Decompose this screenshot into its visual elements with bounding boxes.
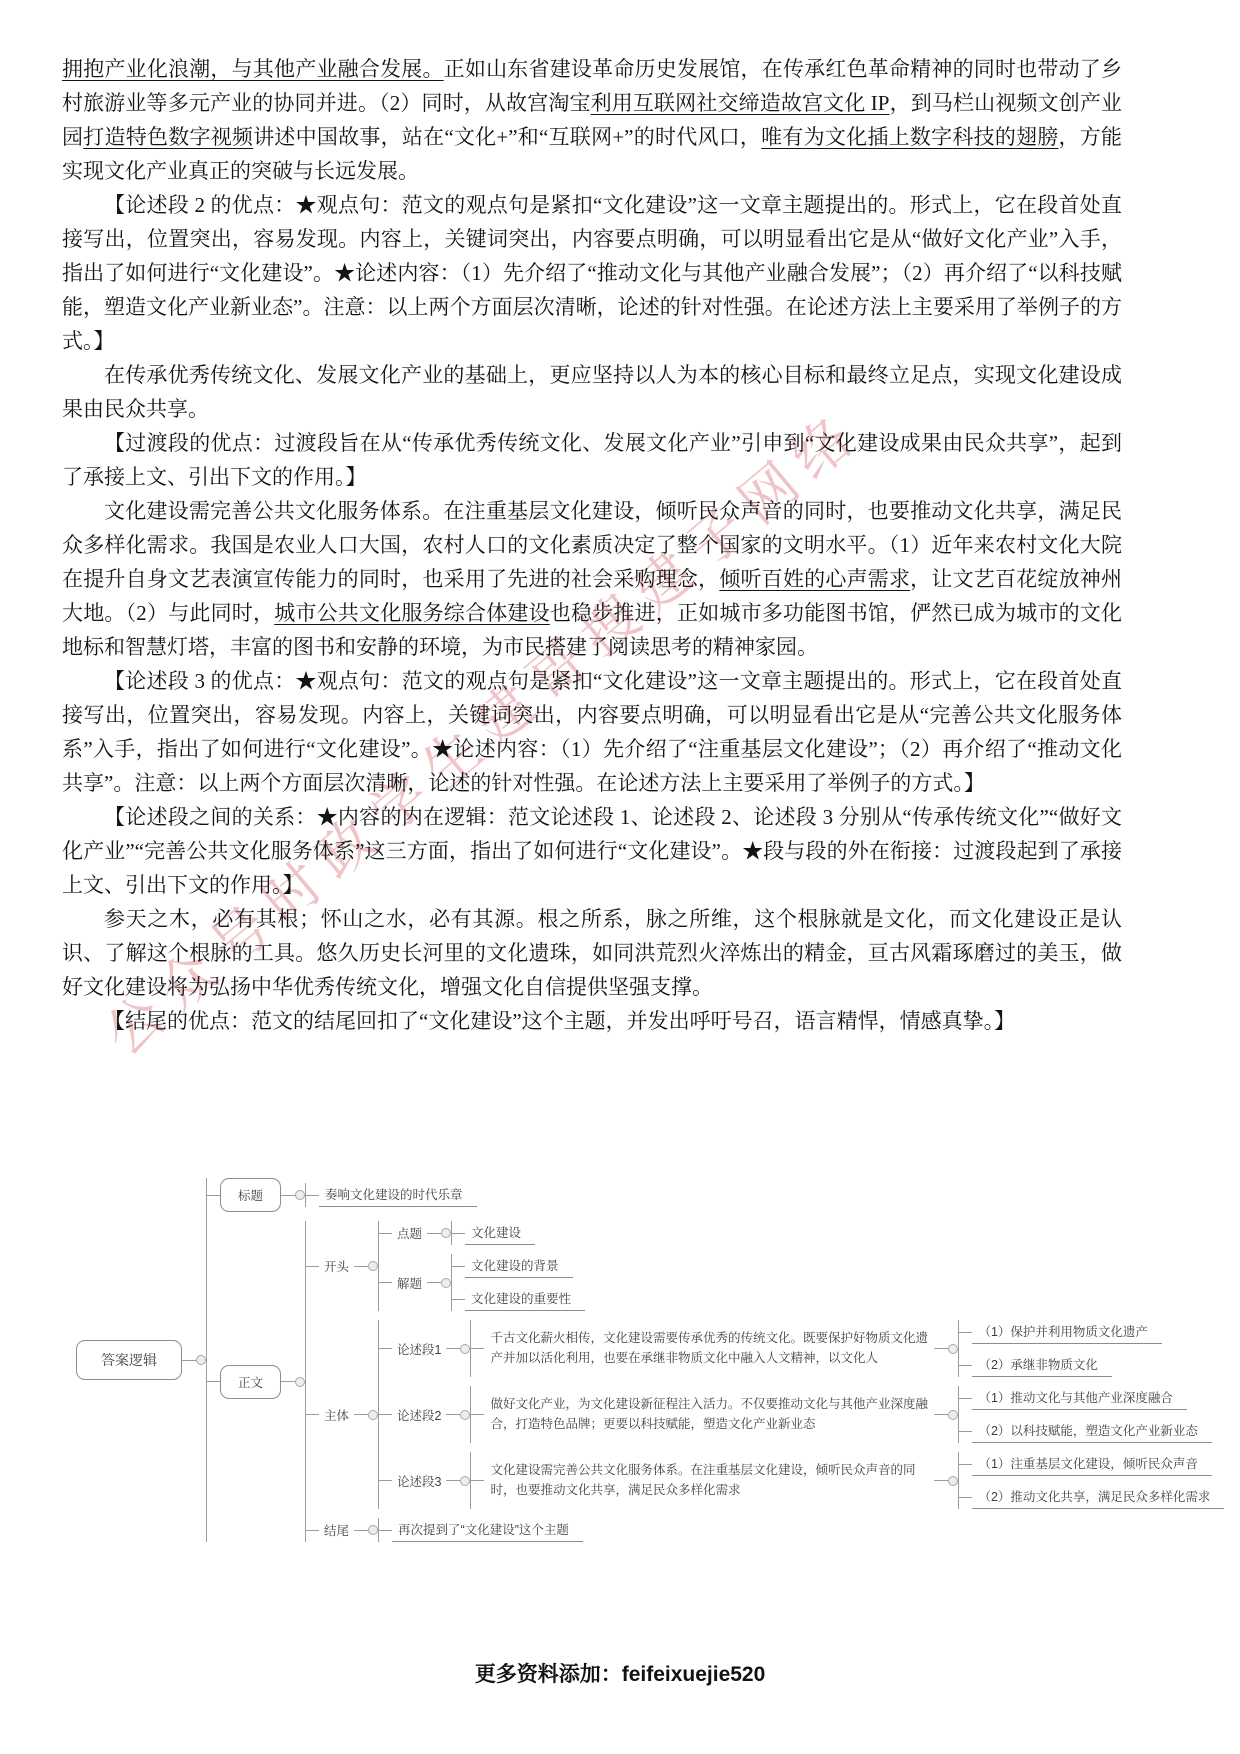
- mindmap-branch: 答案逻辑标题奏响文化建设的时代乐章正文开头点题文化建设解题文化建设的背景文化建设…: [76, 1178, 1196, 1542]
- mindmap-leaf-title-value: 奏响文化建设的时代乐章: [319, 1183, 477, 1207]
- mindmap-node-para3: 论述段3: [392, 1470, 446, 1492]
- mindmap-branch: 再次提到了“文化建设”这个主题: [379, 1518, 583, 1542]
- mindmap-root: 答案逻辑: [76, 1340, 182, 1380]
- mindmap-leaf-para1-2: （2）承继非物质文化: [972, 1353, 1111, 1377]
- branch-connector-icon: [446, 1410, 470, 1420]
- paragraph: 【论述段 2 的优点：★观点句：范文的观点句是紧扣“文化建设”这一文章主题提出的…: [62, 188, 1122, 358]
- underlined-run: 拥抱产业化浪潮，: [62, 57, 232, 81]
- mindmap-leaf-para3-1: （1）注重基层文化建设，倾听民众声音: [972, 1452, 1211, 1476]
- paragraph: 【论述段 3 的优点：★观点句：范文的观点句是紧扣“文化建设”这一文章主题提出的…: [62, 664, 1122, 800]
- underlined-run: 与其他产业融合发展。: [232, 57, 444, 81]
- mindmap-node-ending: 结尾: [319, 1519, 354, 1541]
- mindmap-desc-para1: 千古文化薪火相传，文化建设需要传承优秀的传统文化。既要保护好物质文化遗产并加以活…: [484, 1328, 934, 1369]
- mindmap-children: 再次提到了“文化建设”这个主题: [378, 1518, 583, 1542]
- mindmap-children: （1）保护并利用物质文化遗产（2）承继非物质文化: [958, 1320, 1161, 1377]
- mindmap-node-title: 标题: [220, 1178, 281, 1212]
- mindmap-children: 文化建设的背景文化建设的重要性: [451, 1254, 585, 1311]
- mindmap-branch: （1）注重基层文化建设，倾听民众声音: [959, 1452, 1224, 1476]
- mindmap-children: 标题奏响文化建设的时代乐章正文开头点题文化建设解题文化建设的背景文化建设的重要性…: [206, 1178, 1212, 1542]
- paragraph: 【结尾的优点：范文的结尾回扣了“文化建设”这个主题，并发出呼吁号召，语言精悍，情…: [62, 1004, 1122, 1038]
- text-run: 在传承优秀传统文化、发展文化产业的基础上，更应坚持以人为本的核心目标和最终立足点…: [62, 363, 1122, 421]
- mindmap-node-explain: 解题: [392, 1272, 427, 1294]
- underlined-run: 利用互联网社交缔造故宫文化 IP: [591, 91, 890, 115]
- text-run: 【论述段 2 的优点：★观点句：范文的观点句是紧扣“文化建设”这一文章主题提出的…: [62, 193, 1122, 353]
- mindmap-children: 点题文化建设解题文化建设的背景文化建设的重要性: [378, 1221, 585, 1311]
- paragraph: 【论述段之间的关系：★内容的内在逻辑：范文论述段 1、论述段 2、论述段 3 分…: [62, 800, 1122, 902]
- mindmap-node-point: 点题: [392, 1222, 427, 1244]
- mindmap-branch: 正文开头点题文化建设解题文化建设的背景文化建设的重要性主体论述段1千古文化薪火相…: [207, 1221, 1212, 1542]
- mindmap-node-body: 正文: [220, 1365, 281, 1399]
- mindmap-branch: 开头点题文化建设解题文化建设的背景文化建设的重要性: [306, 1221, 1224, 1311]
- underlined-run: 城市公共文化服务综合体建设: [274, 601, 550, 625]
- mindmap-branch: （2）以科技赋能，塑造文化产业新业态: [959, 1419, 1211, 1443]
- branch-connector-icon: [446, 1344, 470, 1354]
- underlined-run: 倾听百姓的心声需求: [719, 567, 910, 591]
- mindmap-leaf-background: 文化建设的背景: [465, 1254, 573, 1278]
- mindmap-branch: 主体论述段1千古文化薪火相传，文化建设需要传承优秀的传统文化。既要保护好物质文化…: [306, 1320, 1224, 1509]
- branch-connector-icon: [934, 1476, 958, 1486]
- branch-connector-icon: [354, 1261, 378, 1271]
- mindmap-branch: （1）保护并利用物质文化遗产: [959, 1320, 1161, 1344]
- paragraph: 【过渡段的优点：过渡段旨在从“传承优秀传统文化、发展文化产业”引申到“文化建设成…: [62, 426, 1122, 494]
- mindmap-branch: 论述段2做好文化产业，为文化建设新征程注入活力。不仅要推动文化与其他产业深度融合…: [379, 1386, 1224, 1443]
- mindmap-branch: 文化建设: [452, 1221, 535, 1245]
- mindmap-children: 论述段1千古文化薪火相传，文化建设需要传承优秀的传统文化。既要保护好物质文化遗产…: [378, 1320, 1224, 1509]
- text-run: 参天之木，必有其根；怀山之水，必有其源。根之所系，脉之所维，这个根脉就是文化，而…: [62, 907, 1122, 999]
- paragraph: 在传承优秀传统文化、发展文化产业的基础上，更应坚持以人为本的核心目标和最终立足点…: [62, 358, 1122, 426]
- branch-connector-icon: [934, 1410, 958, 1420]
- mindmap-leaf-para3-2: （2）推动文化共享，满足民众多样化需求: [972, 1485, 1224, 1509]
- mindmap-branch: 文化建设需完善公共文化服务体系。在注重基层文化建设，倾听民众声音的同时，也要推动…: [471, 1452, 1224, 1509]
- mindmap-node-para1: 论述段1: [392, 1338, 446, 1360]
- branch-connector-icon: [354, 1525, 378, 1535]
- mindmap-branch: 千古文化薪火相传，文化建设需要传承优秀的传统文化。既要保护好物质文化遗产并加以活…: [471, 1320, 1161, 1377]
- branch-connector-icon: [934, 1344, 958, 1354]
- branch-connector-icon: [427, 1228, 451, 1238]
- underlined-run: 打造特色数字视频: [83, 125, 253, 149]
- mindmap-children: （1）推动文化与其他产业深度融合（2）以科技赋能，塑造文化产业新业态: [958, 1386, 1211, 1443]
- branch-connector-icon: [446, 1476, 470, 1486]
- mindmap-branch: 标题奏响文化建设的时代乐章: [207, 1178, 1212, 1212]
- mindmap-branch: （2）推动文化共享，满足民众多样化需求: [959, 1485, 1224, 1509]
- mindmap-leaf-importance: 文化建设的重要性: [465, 1287, 585, 1311]
- document-text: 拥抱产业化浪潮，与其他产业融合发展。正如山东省建设革命历史发展馆，在传承红色革命…: [62, 52, 1122, 1038]
- branch-connector-icon: [281, 1190, 305, 1200]
- mindmap-children: 奏响文化建设的时代乐章: [305, 1183, 477, 1207]
- mindmap-branch: 点题文化建设: [379, 1221, 585, 1245]
- answer-logic-mindmap: 答案逻辑标题奏响文化建设的时代乐章正文开头点题文化建设解题文化建设的背景文化建设…: [76, 1178, 1196, 1508]
- mindmap-node-opening: 开头: [319, 1255, 354, 1277]
- branch-connector-icon: [354, 1410, 378, 1420]
- text-run: 【论述段 3 的优点：★观点句：范文的观点句是紧扣“文化建设”这一文章主题提出的…: [62, 669, 1122, 795]
- mindmap-desc-para2: 做好文化产业，为文化建设新征程注入活力。不仅要推动文化与其他产业深度融合，打造特…: [484, 1394, 934, 1435]
- mindmap-branch: 做好文化产业，为文化建设新征程注入活力。不仅要推动文化与其他产业深度融合，打造特…: [471, 1386, 1211, 1443]
- mindmap-branch: （2）承继非物质文化: [959, 1353, 1161, 1377]
- mindmap-leaf-point-value: 文化建设: [465, 1221, 535, 1245]
- mindmap-children: （1）注重基层文化建设，倾听民众声音（2）推动文化共享，满足民众多样化需求: [958, 1452, 1224, 1509]
- mindmap-branch: 文化建设的背景: [452, 1254, 585, 1278]
- branch-connector-icon: [427, 1278, 451, 1288]
- underlined-run: 唯有为文化插上数字科技的翅膀: [761, 125, 1058, 149]
- mindmap-node-main: 主体: [319, 1404, 354, 1426]
- mindmap-branch: （1）推动文化与其他产业深度融合: [959, 1386, 1211, 1410]
- paragraph: 文化建设需完善公共文化服务体系。在注重基层文化建设，倾听民众声音的同时，也要推动…: [62, 494, 1122, 664]
- mindmap-leaf-para2-2: （2）以科技赋能，塑造文化产业新业态: [972, 1419, 1211, 1443]
- mindmap-children: 千古文化薪火相传，文化建设需要传承优秀的传统文化。既要保护好物质文化遗产并加以活…: [470, 1320, 1161, 1377]
- mindmap-leaf-ending-value: 再次提到了“文化建设”这个主题: [392, 1518, 583, 1542]
- mindmap-desc-para3: 文化建设需完善公共文化服务体系。在注重基层文化建设，倾听民众声音的同时，也要推动…: [484, 1460, 934, 1501]
- footer-contact: 更多资料添加：feifeixuejie520: [0, 1658, 1240, 1688]
- text-run: 【过渡段的优点：过渡段旨在从“传承优秀传统文化、发展文化产业”引申到“文化建设成…: [62, 431, 1122, 489]
- mindmap-children: 做好文化产业，为文化建设新征程注入活力。不仅要推动文化与其他产业深度融合，打造特…: [470, 1386, 1211, 1443]
- text-run: 【结尾的优点：范文的结尾回扣了“文化建设”这个主题，并发出呼吁号召，语言精悍，情…: [104, 1009, 1015, 1033]
- mindmap-branch: 论述段1千古文化薪火相传，文化建设需要传承优秀的传统文化。既要保护好物质文化遗产…: [379, 1320, 1224, 1377]
- mindmap-children: 文化建设需完善公共文化服务体系。在注重基层文化建设，倾听民众声音的同时，也要推动…: [470, 1452, 1224, 1509]
- mindmap-children: 文化建设: [451, 1221, 535, 1245]
- mindmap-leaf-para2-1: （1）推动文化与其他产业深度融合: [972, 1386, 1186, 1410]
- mindmap-leaf-para1-1: （1）保护并利用物质文化遗产: [972, 1320, 1161, 1344]
- mindmap-branch: 解题文化建设的背景文化建设的重要性: [379, 1254, 585, 1311]
- branch-connector-icon: [281, 1377, 305, 1387]
- paragraph: 拥抱产业化浪潮，与其他产业融合发展。正如山东省建设革命历史发展馆，在传承红色革命…: [62, 52, 1122, 188]
- paragraph: 参天之木，必有其根；怀山之水，必有其源。根之所系，脉之所维，这个根脉就是文化，而…: [62, 902, 1122, 1004]
- text-run: 讲述中国故事，站在“文化+”和“互联网+”的时代风口，: [253, 125, 761, 149]
- branch-connector-icon: [182, 1355, 206, 1365]
- mindmap-branch: 文化建设的重要性: [452, 1287, 585, 1311]
- text-run: 【论述段之间的关系：★内容的内在逻辑：范文论述段 1、论述段 2、论述段 3 分…: [62, 805, 1122, 897]
- mindmap-branch: 奏响文化建设的时代乐章: [306, 1183, 477, 1207]
- mindmap-node-para2: 论述段2: [392, 1404, 446, 1426]
- mindmap-branch: 结尾再次提到了“文化建设”这个主题: [306, 1518, 1224, 1542]
- mindmap-branch: 论述段3文化建设需完善公共文化服务体系。在注重基层文化建设，倾听民众声音的同时，…: [379, 1452, 1224, 1509]
- mindmap-children: 开头点题文化建设解题文化建设的背景文化建设的重要性主体论述段1千古文化薪火相传，…: [305, 1221, 1224, 1542]
